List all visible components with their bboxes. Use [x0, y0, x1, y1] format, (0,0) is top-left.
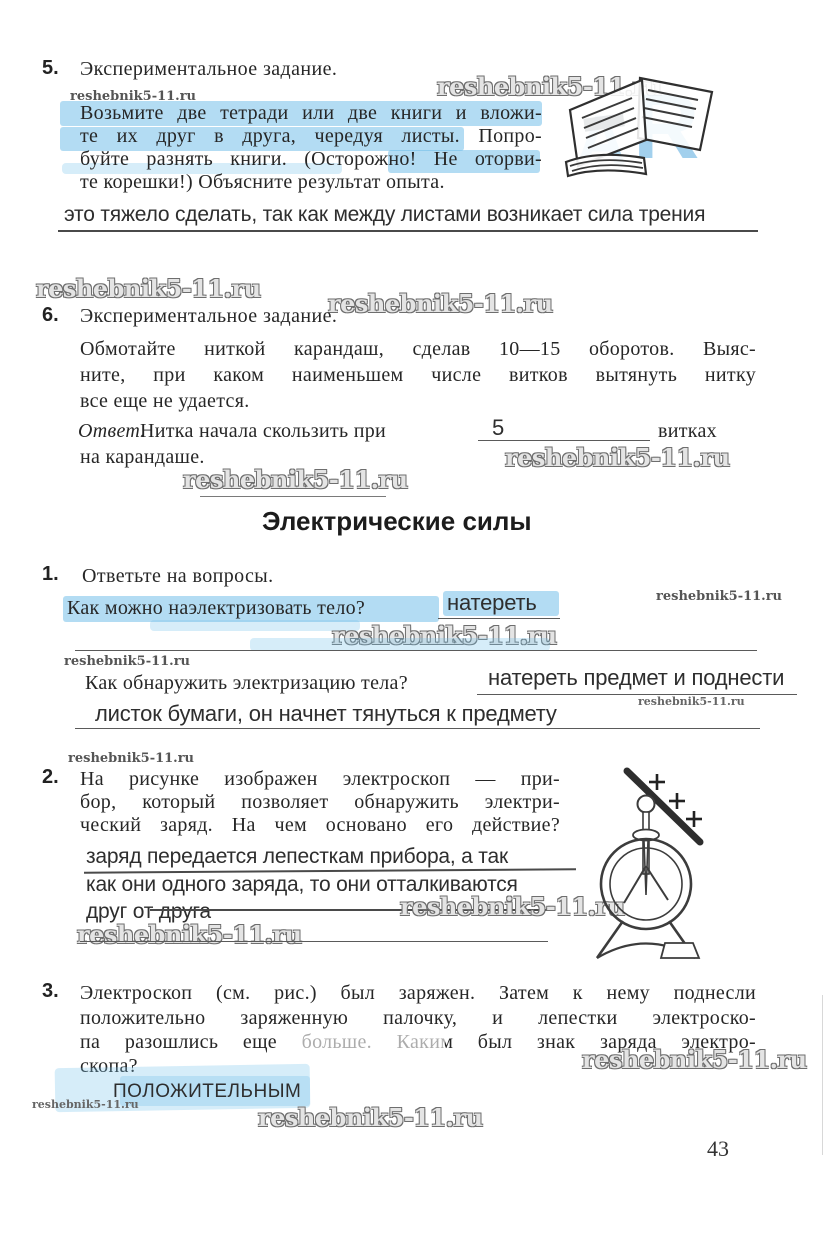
answer-blank-line [478, 440, 650, 441]
item1-handwritten-answer2-line2: листок бумаги, он начнет тянуться к пред… [95, 701, 557, 727]
scan-edge-artifact [822, 995, 823, 1155]
answer-underline [150, 909, 550, 911]
section-heading: Электрические силы [262, 506, 532, 537]
item6-answer-tail: на карандаше. [80, 446, 205, 469]
item5-handwritten-answer: это тяжело сделать, так как между листам… [64, 203, 705, 227]
item1-question2: Как обнаружить электризацию тела? [85, 672, 408, 695]
watermark: reshebnik5-11.ru [638, 695, 745, 708]
highlight-mark [150, 620, 360, 631]
item5-title: Экспериментальное задание. [80, 58, 337, 81]
item2-handwritten-line: как они одного заряда, то они отталкиваю… [86, 873, 518, 897]
item5-text-line: Возьмите две тетради или две книги и вло… [80, 102, 542, 125]
answer-underline [58, 230, 758, 232]
watermark: reshebnik5-11.ru [328, 289, 553, 318]
item5-number: 5. [42, 57, 59, 80]
item1-handwritten-answer2-line1: натереть предмет и поднести [488, 665, 784, 691]
electroscope-foot [661, 943, 699, 958]
item3-text-line: Электроскоп (см. рис.) был заряжен. Зате… [80, 982, 756, 1005]
item6-text-line: Обмотайте ниткой карандаш, сделав 10—15 … [80, 338, 756, 361]
item6-text-line: все еще не удается. [80, 390, 756, 413]
item1-title: Ответьте на вопросы. [82, 565, 274, 588]
item2-text-line: ческий заряд. На чем основано его действ… [80, 814, 560, 837]
item6-answer-pre: Нитка начала скользить при [140, 420, 386, 443]
item3-text-line: положительно заряженную палочку, и лепес… [80, 1007, 756, 1030]
workbook-page: 5. Экспериментальное задание. reshebnik5… [0, 0, 827, 1259]
item5-text-line: те их друг в друга, чередуя листы. Попро… [80, 125, 542, 148]
item6-handwritten-value: 5 [492, 415, 504, 441]
watermark: reshebnik5-11.ru [656, 589, 782, 604]
item2-handwritten-line: друг от друга [86, 900, 211, 924]
item1-handwritten-answer1: натереть [447, 590, 537, 616]
watermark: reshebnik5-11.ru [68, 751, 194, 766]
electroscope-leaf-right [646, 866, 668, 900]
item6-answer-post: витках [658, 420, 717, 443]
item2-number: 2. [42, 766, 59, 789]
item5-text-line: те корешки!) Объясните результат опыта. [80, 171, 542, 194]
page-number: 43 [707, 1136, 729, 1162]
watermark: reshebnik5-11.ru [505, 443, 730, 472]
item5-text-line: буйте разнять книги. (Осторожно! Не отор… [80, 148, 542, 171]
item6-number: 6. [42, 304, 59, 327]
watermark-underline [200, 496, 386, 497]
item3-handwritten-answer: ПОЛОЖИТЕЛЬНЫМ [113, 1081, 301, 1103]
answer-blank-line [75, 650, 757, 651]
item6-text-line: ните, при каком наименьшем числе витков … [80, 364, 756, 387]
electroscope-illustration [575, 745, 810, 970]
watermark: reshebnik5-11.ru [36, 274, 261, 303]
watermark: reshebnik5-11.ru [64, 654, 190, 669]
watermark: reshebnik5-11.ru [77, 920, 302, 949]
faded-smudge [285, 1032, 445, 1053]
item1-number: 1. [42, 563, 59, 586]
answer-blank-line [477, 694, 797, 695]
item2-text-line: бор, который позволяет обнаружить электр… [80, 791, 560, 814]
item3-number: 3. [42, 980, 59, 1003]
item2-handwritten-line: заряд передается лепесткам прибора, а та… [86, 845, 508, 869]
item6-title: Экспериментальное задание. [80, 305, 337, 328]
item2-text-line: На рисунке изображен электроскоп — при- [80, 768, 560, 791]
item6-answer-label: Ответ. [78, 420, 146, 443]
books-illustration: R A [548, 66, 728, 196]
watermark: reshebnik5-11.ru [183, 465, 408, 494]
answer-blank-line [438, 618, 560, 619]
answer-blank-line [80, 941, 548, 942]
electroscope-ball [638, 796, 655, 813]
answer-blank-line [75, 728, 760, 729]
electroscope-leaf-left [624, 866, 646, 903]
item1-question1: Как можно наэлектризовать тело? [67, 597, 365, 620]
